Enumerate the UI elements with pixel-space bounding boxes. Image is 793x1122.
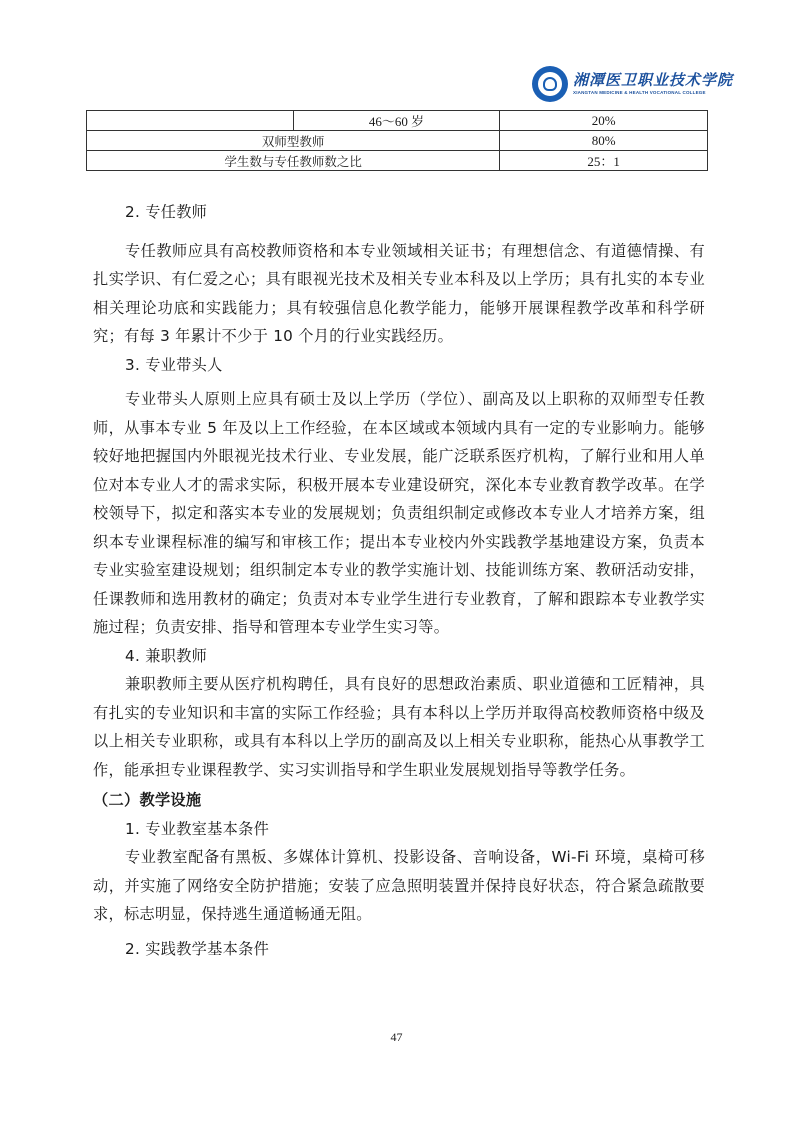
section-heading-teaching-facilities: （二）教学设施 [93, 786, 705, 815]
paragraph-classroom-conditions: 专业教室配备有黑板、多媒体计算机、投影设备、音响设备，Wi-Fi 环境，桌椅可移… [93, 843, 705, 929]
table-cell [87, 111, 294, 131]
table-row: 双师型教师 80% [87, 131, 708, 151]
table-cell: 46～60 岁 [293, 111, 500, 131]
heading-classroom-conditions: 1. 专业教室基本条件 [93, 815, 705, 844]
table-cell-label: 学生数与专任教师数之比 [87, 151, 500, 171]
paragraph-part-time-teachers: 兼职教师主要从医疗机构聘任，具有良好的思想政治素质、职业道德和工匠精神，具有扎实… [93, 670, 705, 784]
table-cell: 20% [500, 111, 708, 131]
table-cell-label: 双师型教师 [87, 131, 500, 151]
heading-practice-conditions: 2. 实践教学基本条件 [93, 935, 705, 964]
page-number: 47 [0, 1030, 793, 1045]
heading-professional-leader: 3. 专业带头人 [93, 351, 705, 380]
logo-english-name: XIANGTAN MEDICINE & HEALTH VOCATIONAL CO… [573, 91, 733, 96]
logo-chinese-name: 湘潭医卫职业技术学院 [573, 73, 733, 88]
paragraph-full-time-teachers: 专任教师应具有高校教师资格和本专业领域相关证书；有理想信念、有道德情操、有扎实学… [93, 237, 705, 351]
heading-full-time-teachers: 2. 专任教师 [93, 198, 705, 227]
paragraph-professional-leader: 专业带头人原则上应具有硕士及以上学历（学位）、副高及以上职称的双师型专任教师，从… [93, 385, 705, 642]
college-emblem-icon [532, 66, 568, 102]
table-row: 学生数与专任教师数之比 25：1 [87, 151, 708, 171]
faculty-stats-table: 46～60 岁 20% 双师型教师 80% 学生数与专任教师数之比 25：1 [86, 110, 708, 171]
table-row: 46～60 岁 20% [87, 111, 708, 131]
document-body: 2. 专任教师 专任教师应具有高校教师资格和本专业领域相关证书；有理想信念、有道… [93, 198, 705, 963]
college-logo: 湘潭医卫职业技术学院 XIANGTAN MEDICINE & HEALTH VO… [532, 66, 733, 102]
table-cell-value: 25：1 [500, 151, 708, 171]
heading-part-time-teachers: 4. 兼职教师 [93, 642, 705, 671]
table-cell-value: 80% [500, 131, 708, 151]
